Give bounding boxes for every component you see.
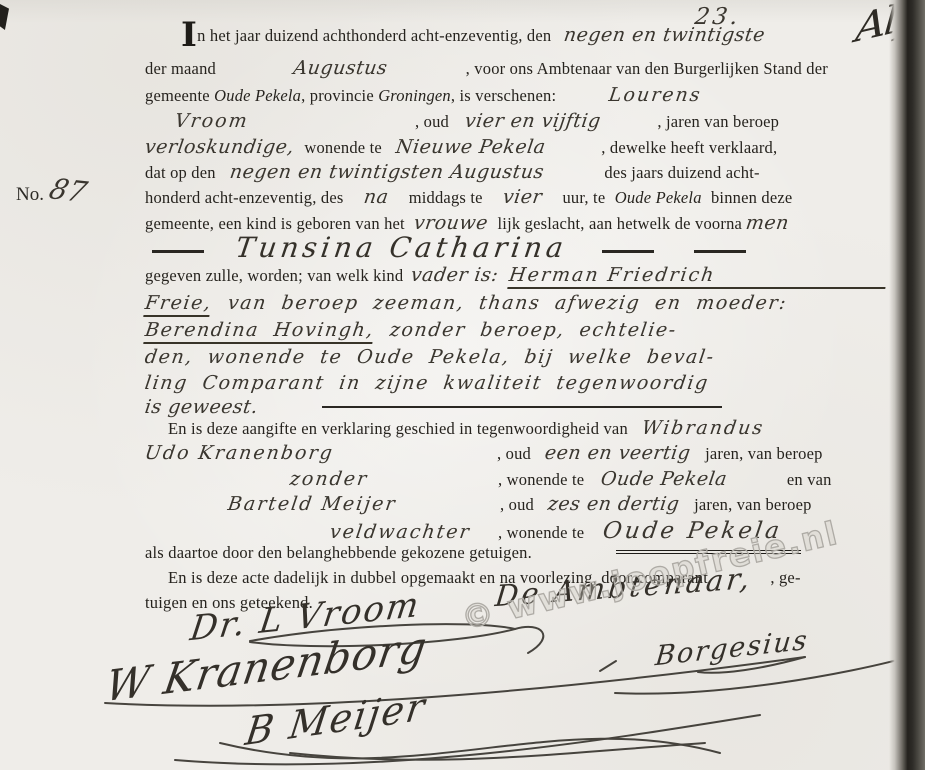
entry-child-name: Tunsina Catharina [234,231,569,264]
printed-text: , provincie [301,86,374,105]
printed-text: als daartoe door den belanghebbende geko… [145,543,532,562]
body-line: verloskundige, wonende te Nieuwe Pekela,… [145,136,887,158]
body-line: honderd acht-enzeventig, des na middags … [145,186,887,208]
act-number: No.87 [16,174,87,207]
province-name: Groningen [378,86,451,105]
body-line: Tunsina Catharina [152,231,894,264]
body-line: gegeven zulle, worden; van welk kind vad… [145,264,887,289]
printed-text: en van [787,470,832,489]
entry-witness2-name: Barteld Meijer [226,493,501,515]
body-line: ling Comparant in zijne kwaliteit tegenw… [145,372,887,394]
printed-text: jaren, van beroep [694,495,811,514]
handwritten-entry: den, wonende te Oude Pekela, bij welke b… [143,346,716,368]
body-line: den, wonende te Oude Pekela, bij welke b… [145,346,887,368]
entry-witness2-occupation: veldwachter [328,521,499,543]
handwritten-entry: is geweest. [143,396,259,418]
printed-text: , wonende te [498,470,584,489]
printed-text: , ge- [770,568,800,587]
act-number-label: No. [16,184,44,205]
body-line: Berendina Hovingh, zonder beroep, echtel… [145,319,887,344]
drop-initial: I [181,15,197,55]
printed-text: n het jaar duizend achthonderd acht-enze… [197,26,551,45]
body-line: veldwachter, wonende te Oude Pekela [330,518,925,544]
body-line: is geweest. [145,396,887,418]
printed-text: , dewelke heeft verklaard, [601,138,777,157]
entry-declarant-residence: Nieuwe Pekela [395,136,593,158]
printed-text: uur, te [562,188,605,207]
body-line: Barteld Meijer, oud zes en dertig jaren,… [228,493,925,515]
page-binding-edge [889,0,925,770]
printed-text: der maand [145,59,216,78]
entry-witness1-first-name: Wibrandus [641,417,766,439]
entry-father-surname: Freie, [143,292,213,317]
scan-corner-artifact [0,4,9,30]
body-line: gemeente Oude Pekela, provincie Groninge… [145,84,887,106]
entry-witness1-name: Udo Kranenborg [143,442,498,464]
entry-witness1-occupation: zonder [288,468,499,490]
printed-text: middags te [409,188,483,207]
entry-witness2-age: zes en dertig [547,493,682,515]
closing-rule [616,550,801,554]
entry-witness1-residence: Oude Pekela [599,468,772,490]
entry-declarant-surname: Vroom [173,110,416,132]
body-line: zonder, wonende te Oude Pekela en van [290,468,925,490]
printed-text: En is deze aangifte en verklaring geschi… [168,419,628,438]
body-line: In het jaar duizend achthonderd acht-enz… [181,24,923,46]
body-line: En is deze aangifte en verklaring geschi… [168,417,910,439]
printed-text: wonende te [304,138,382,157]
municipality-name: Oude Pekela [214,86,301,105]
body-line: Udo Kranenborg, oud een en veertig jaren… [145,442,887,464]
printed-text: , oud [415,112,449,131]
handwritten-entry: vader is: [410,264,500,286]
body-line: Vroom, oud vier en vijftig, jaren van be… [175,110,917,132]
entry-birth-hour: vier [501,186,543,208]
printed-text: honderd acht-enzeventig, des [145,188,343,207]
printed-text: des jaars duizend acht- [604,163,759,182]
entry-declarant-occupation: verloskundige, [143,136,295,158]
printed-text: , oud [497,444,531,463]
entry-witness2-residence: Oude Pekela [601,518,784,544]
body-line: Freie, van beroep zeeman, thans afwezig … [145,292,887,317]
printed-text: binnen deze [711,188,792,207]
printed-text: jaren, van beroep [705,444,822,463]
municipality-name: Oude Pekela [615,188,702,207]
entry-day-part: na [362,186,390,208]
body-line: als daartoe door den belanghebbende geko… [145,543,887,563]
printed-text: , voor ons Ambtenaar van den Burgerlijke… [466,59,828,78]
body-line: der maand Augustus , voor ons Ambtenaar … [145,57,887,79]
entry-declarant-first-name: Lourens [607,84,703,106]
birth-certificate-scan: 23. Alf No.87 In het jaar duizend achtho… [0,0,925,770]
printed-text: , is verschenen: [451,86,556,105]
dash-mark [694,250,746,253]
body-line: dat op den negen en twintigsten Augustus… [145,161,887,183]
entry-declarant-age: vier en vijftig [464,110,647,132]
dash-mark [602,250,654,253]
printed-text: , oud [500,495,534,514]
entry-mother-name: Berendina Hovingh, [143,319,375,344]
entry-mother-details: zonder beroep, echtelie- [389,319,679,341]
entry-day: negen en twintigste [562,24,766,46]
entry-father-details: van beroep zeeman, thans afwezig en moed… [226,292,788,314]
printed-text: gemeente [145,86,210,105]
printed-text: gegeven zulle, worden; van welk kind [145,266,403,286]
closing-rule [322,406,722,408]
entry-father-name: Herman Friedrich [507,264,889,289]
printed-text: dat op den [145,163,216,182]
signature-official: Borgesius [654,625,810,673]
handwritten-entry: ling Comparant in zijne kwaliteit tegenw… [143,372,710,394]
entry-witness1-age: een en veertig [544,442,693,464]
entry-birth-date: negen en twintigsten Augustus [229,161,592,183]
act-number-value: 87 [45,172,91,209]
dash-mark [152,250,204,253]
entry-month: Augustus [247,57,435,79]
printed-text: , wonende te [498,523,584,542]
signature-witness2: B Meijer [243,684,430,755]
printed-text: , jaren van beroep [657,112,779,131]
